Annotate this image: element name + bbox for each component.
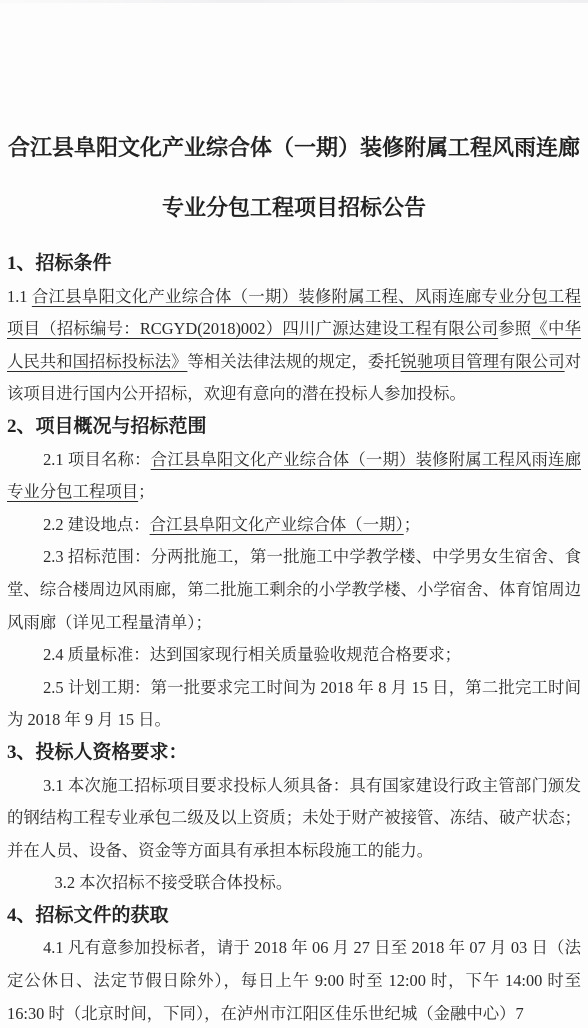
document-title: 合江县阜阳文化产业综合体（一期）装修附属工程风雨连廊 专业分包工程项目招标公告 [0,0,588,238]
paragraph-2-1-project-name: 2.1 项目名称：合江县阜阳文化产业综合体（一期）装修附属工程风雨连廊专业分包工… [7,444,581,509]
section-1-bidding-conditions: 1、招标条件 1.1 合江县阜阳文化产业综合体（一期）装修附属工程、风雨连廊专业… [7,248,581,411]
paragraph-2-4-quality-standard: 2.4 质量标准：达到国家现行相关质量验收规范合格要求； [7,639,581,672]
title-line-1: 合江县阜阳文化产业综合体（一期）装修附属工程风雨连廊 [7,118,581,178]
title-line-2: 专业分包工程项目招标公告 [7,178,581,238]
section-4-heading: 4、招标文件的获取 [7,900,581,933]
section-3-heading: 3、投标人资格要求： [7,737,581,770]
scanned-document-page: 合江县阜阳文化产业综合体（一期）装修附属工程风雨连廊 专业分包工程项目招标公告 … [0,0,588,1028]
paragraph-2-2-label: 2.2 建设地点： [43,515,150,534]
paragraph-2-3-scope: 2.3 招标范围：分两批施工，第一批施工中学教学楼、中学男女生宿舍、食堂、综合楼… [7,541,581,639]
paragraph-1-1-number: 1.1 [7,287,32,306]
section-4-obtaining-documents: 4、招标文件的获取 4.1 凡有意参加投标者，请于 2018 年 06 月 27… [7,900,581,1028]
section-1-heading: 1、招标条件 [7,248,581,281]
paragraph-2-5-planned-schedule: 2.5 计划工期：第一批要求完工时间为 2018 年 8 月 15 日，第二批完… [7,672,581,737]
paragraph-1-1-text-2: 等相关法律法规的规定，委托 [187,352,400,371]
agency-company-underlined: 锐驰项目管理有限公司 [401,352,565,371]
paragraph-3-2-no-consortium: 3.2 本次招标不接受联合体投标。 [7,867,581,900]
paragraph-4-1-document-acquisition: 4.1 凡有意参加投标者，请于 2018 年 06 月 27 日至 2018 年… [7,932,581,1028]
section-2-project-overview: 2、项目概况与招标范围 2.1 项目名称：合江县阜阳文化产业综合体（一期）装修附… [7,411,581,737]
paragraph-2-2-location: 2.2 建设地点：合江县阜阳文化产业综合体（一期）； [7,509,581,542]
paragraph-1-1: 1.1 合江县阜阳文化产业综合体（一期）装修附属工程、风雨连廊专业分包工程项目（… [7,281,581,411]
project-and-bid-number-underlined: 合江县阜阳文化产业综合体（一期）装修附属工程、风雨连廊专业分包工程项目（招标编号… [7,287,581,339]
paragraph-2-2-tail: ； [404,515,420,534]
section-3-bidder-qualifications: 3、投标人资格要求： 3.1 本次施工招标项目要求投标人须具备：具有国家建设行政… [7,737,581,900]
document-body: 1、招标条件 1.1 合江县阜阳文化产业综合体（一期）装修附属工程、风雨连廊专业… [0,238,588,1028]
scan-edge-artifact [0,0,588,3]
paragraph-1-1-text-1: 参照 [498,319,531,338]
paragraph-2-1-tail: ； [138,482,154,501]
section-2-heading: 2、项目概况与招标范围 [7,411,581,444]
location-underlined: 合江县阜阳文化产业综合体（一期） [150,515,404,534]
paragraph-2-1-label: 2.1 项目名称： [43,450,151,469]
paragraph-3-1-qualification-requirements: 3.1 本次施工招标项目要求投标人须具备：具有国家建设行政主管部门颁发的钢结构工… [7,770,581,868]
